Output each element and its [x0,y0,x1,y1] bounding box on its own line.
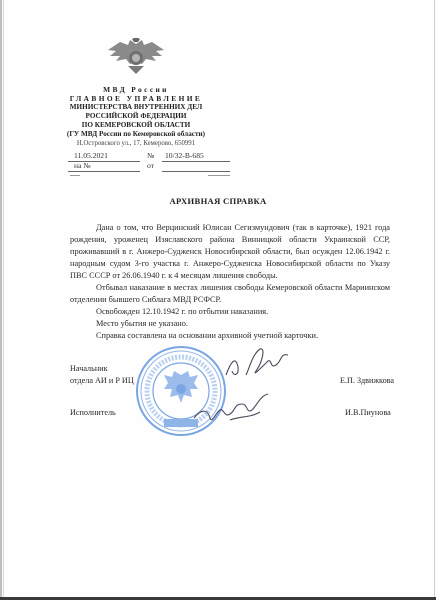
from-label: от [147,161,154,170]
chief-signature-icon [222,345,302,385]
paragraph-subject: Дана о том, что Верцинский Юлисан Сегизм… [70,222,390,282]
department-line-5: (ГУ МВД России по Кемеровской области) [56,130,216,139]
chief-title-line-2: отдела АИ и Р ИЦ [70,375,134,387]
document-title: АРХИВНАЯ СПРАВКА [0,196,436,206]
registration-number: 10/32-В-685 [165,151,204,160]
department-address: Н.Островского ул., 17, Кемерово, 650991 [56,139,216,148]
corner-mark-right [208,175,230,176]
paragraph-sentence: Отбывал наказание в местах лишения свобо… [70,282,390,306]
double-headed-eagle-emblem-icon [106,38,166,76]
letterhead: МВД России ГЛАВНОЕ УПРАВЛЕНИЕ МИНИСТЕРСТ… [56,38,216,148]
department-line-3: РОССИЙСКОЙ ФЕДЕРАЦИИ [56,112,216,121]
reference-underline [68,171,140,172]
executor-signature-icon [190,390,280,430]
chief-title-line-1: Начальник [70,363,134,375]
corner-mark-left [70,175,80,176]
number-label: № [147,151,154,160]
chief-name: Е.П. Здвижкова [340,375,394,387]
from-underline [162,171,230,172]
department-line-1: ГЛАВНОЕ УПРАВЛЕНИЕ [56,94,216,103]
department-line-2: МИНИСТЕРСТВА ВНУТРЕННИХ ДЕЛ [56,103,216,112]
department-line-4: ПО КЕМЕРОВСКОЙ ОБЛАСТИ [56,121,216,130]
executor-title: Исполнитель [70,407,116,419]
reference-label: на № [74,161,91,170]
executor-name: И.В.Пиунова [345,407,391,419]
ministry-short-name: МВД России [56,85,216,94]
registration-date: 11.05.2021 [74,151,108,160]
scan-edge-left [0,0,2,600]
paragraph-release: Освобожден 12.10.1942 г. по отбытии нака… [70,306,390,318]
document-body: Дана о том, что Верцинский Юлисан Сегизм… [70,222,390,342]
paragraph-basis: Справка составлена на основании архивной… [70,330,390,342]
paragraph-destination: Место убытия не указано. [70,318,390,330]
chief-title: Начальник отдела АИ и Р ИЦ [70,363,134,386]
number-underline [162,161,230,162]
